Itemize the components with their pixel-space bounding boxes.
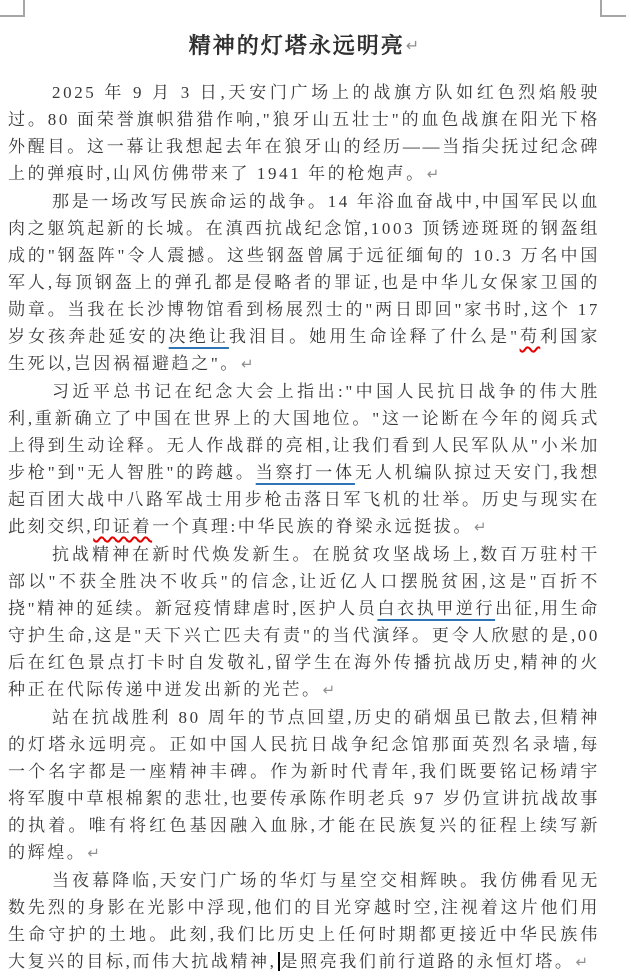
document-title: 精神的灯塔永远明亮↵ [8,28,600,64]
paragraph-mark: ↵ [427,165,440,183]
paragraph-mark: ↵ [241,355,254,373]
paragraph-mark: ↵ [323,681,336,699]
text-run: 那是一场改写民族命运的战争。14 年浴血奋战中,中国军民以血肉之躯筑起新的长城。… [8,192,600,346]
document-page: 精神的灯塔永远明亮↵ 2025 年 9 月 3 日,天安门广场上的战旗方队如红色… [0,0,631,978]
body-paragraph[interactable]: 站在抗战胜利 80 周年的节点回望,历史的硝烟虽已散去,但精神的灯塔永远明亮。正… [8,704,600,867]
paragraph-mark: ↵ [406,36,419,55]
document-title-text: 精神的灯塔永远明亮 [189,33,405,58]
grammar-flagged-text[interactable]: 白衣执甲逆行 [377,599,495,618]
body-paragraph[interactable]: 抗战精神在新时代焕发新生。在脱贫攻坚战场上,数百万驻村干部以"不获全胜决不收兵"… [8,541,600,704]
body-paragraph[interactable]: 当夜幕降临,天安门广场的华灯与星空交相辉映。我仿佛看见无数先烈的身影在光影中浮现… [8,867,600,976]
text-boundary-mark-top-left [0,0,25,17]
text-run: 2025 年 9 月 3 日,天安门广场上的战旗方队如红色烈焰般驶过。80 面荣… [8,83,600,183]
spelling-flagged-text[interactable]: 苟 [520,327,541,346]
body-paragraph[interactable]: 习近平总书记在纪念大会上指出:"中国人民抗日战争的伟大胜利,重新确立了中国在世界… [8,378,600,541]
paragraph-mark: ↵ [474,518,487,536]
grammar-flagged-text[interactable]: 当察打一体 [256,463,355,482]
text-boundary-mark-top-right [600,0,626,17]
text-run: 一个真理:中华民族的脊梁永远挺拔。 [152,517,473,536]
paragraphs-container: 2025 年 9 月 3 日,天安门广场上的战旗方队如红色烈焰般驶过。80 面荣… [8,79,600,976]
document-body[interactable]: 精神的灯塔永远明亮↵ 2025 年 9 月 3 日,天安门广场上的战旗方队如红色… [8,28,600,976]
paragraph-mark: ↵ [576,953,589,971]
text-run: 是照亮我们前行道路的永恒灯塔。 [281,952,575,971]
text-run: 站在抗战胜利 80 周年的节点回望,历史的硝烟虽已散去,但精神的灯塔永远明亮。正… [8,708,600,862]
text-cursor [278,952,280,971]
body-paragraph[interactable]: 那是一场改写民族命运的战争。14 年浴血奋战中,中国军民以血肉之躯筑起新的长城。… [8,188,600,378]
text-run: 我泪目。她用生命诠释了什么是" [229,327,520,346]
grammar-flagged-text[interactable]: 决绝让 [169,327,229,346]
body-paragraph[interactable]: 2025 年 9 月 3 日,天安门广场上的战旗方队如红色烈焰般驶过。80 面荣… [8,79,600,188]
paragraph-mark: ↵ [87,844,100,862]
spelling-flagged-text[interactable]: 印证着 [93,517,152,536]
